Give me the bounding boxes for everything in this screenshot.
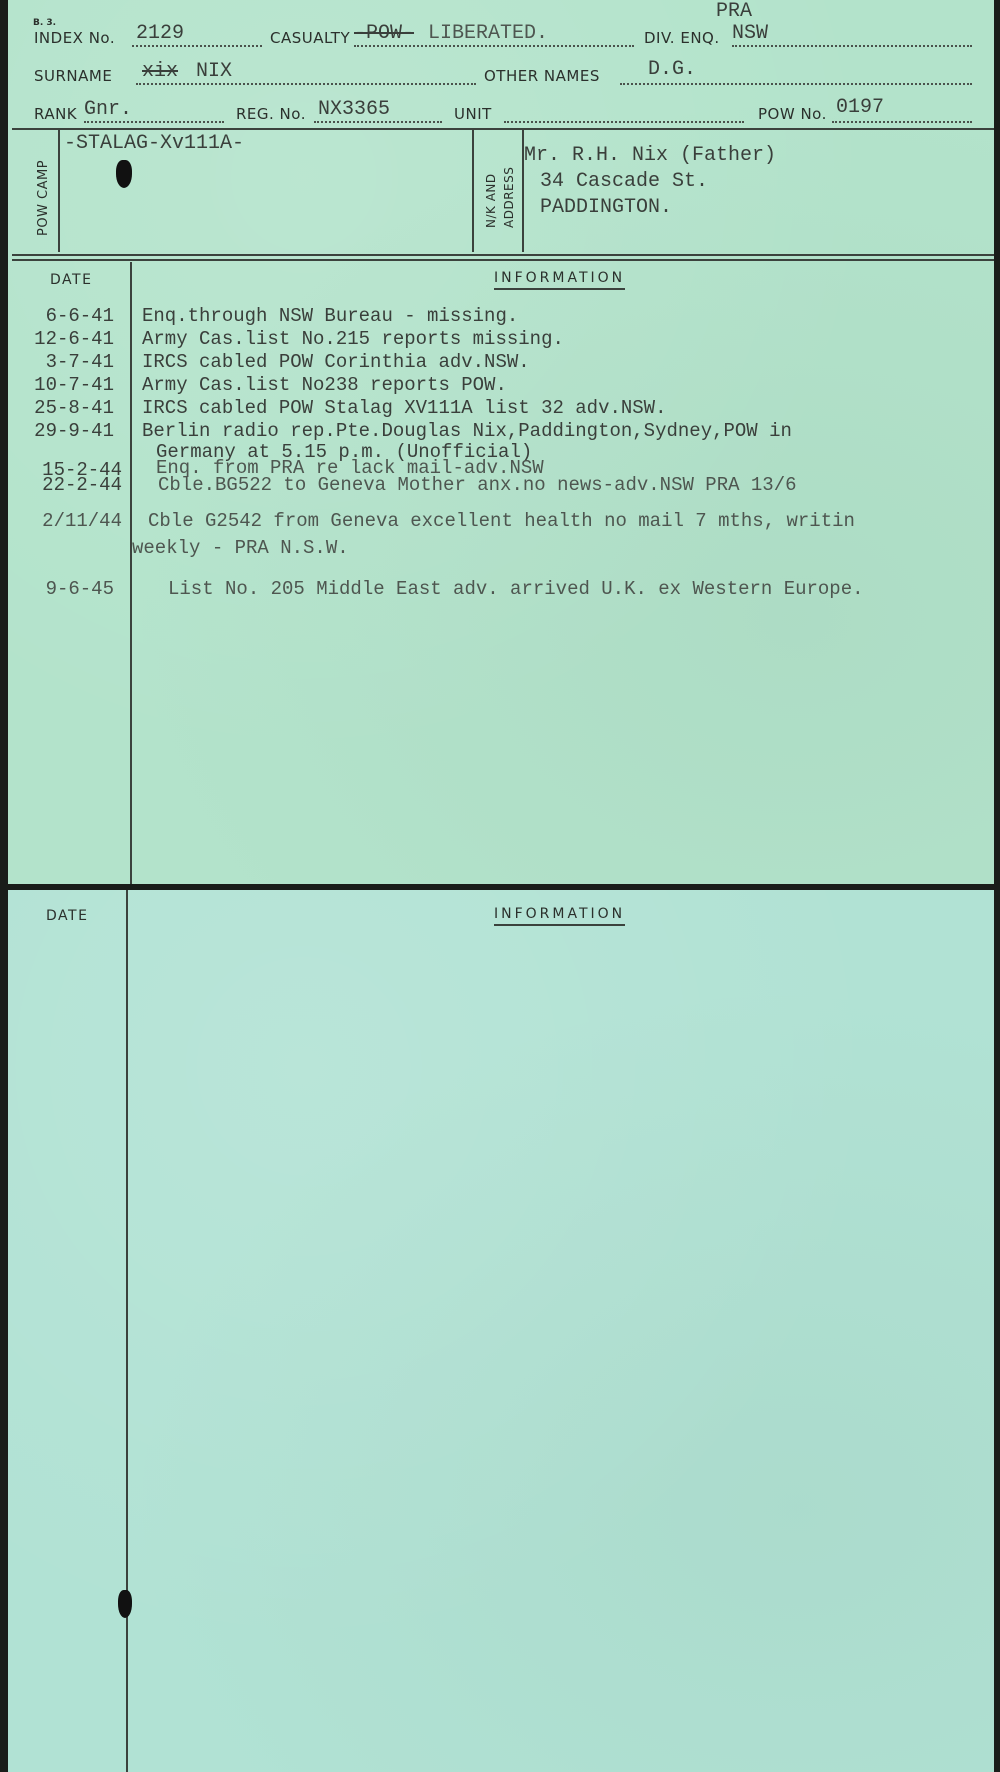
pow-camp-value: -STALAG-Xv111A- (64, 132, 244, 155)
pow-camp-label: POW CAMP (36, 160, 51, 236)
entry-date: 25-8-41 (8, 397, 114, 419)
entry-text: Enq.through NSW Bureau - missing. (142, 305, 518, 327)
index-card-back: DATE INFORMATION (8, 890, 994, 1772)
index-card-front: B. 3. INDEX No. 2129 CASUALTY -POW- LIBE… (8, 0, 994, 884)
rank-label: RANK (34, 105, 77, 123)
nok-label-line1: N/K AND (484, 173, 498, 228)
entry-date: 6-6-41 (8, 305, 114, 327)
other-names-dotted-line (620, 83, 972, 85)
reg-no-value: NX3365 (318, 98, 390, 121)
entry-date: 12-6-41 (8, 328, 114, 350)
entry-date: 29-9-41 (8, 420, 114, 442)
section-divider-double-2 (12, 259, 994, 261)
rank-dotted-line (84, 121, 224, 123)
surname-struck-value: xix (142, 60, 178, 83)
entry-text-continuation: weekly - PRA N.S.W. (132, 537, 349, 559)
casualty-label: CASUALTY (270, 29, 350, 47)
entry-text: List No. 205 Middle East adv. arrived U.… (168, 578, 864, 600)
card-edge (994, 0, 1000, 884)
unit-dotted-line (504, 121, 744, 123)
entry-text: Army Cas.list No.215 reports missing. (142, 328, 564, 350)
entry-date: 9-6-45 (8, 578, 114, 600)
casualty-struck-value: -POW- (354, 22, 414, 45)
reg-no-label: REG. No. (236, 105, 306, 123)
pow-camp-label-divider (58, 128, 60, 252)
casualty-dotted-line (354, 45, 634, 47)
entry-text: Army Cas.list No238 reports POW. (142, 374, 507, 396)
pow-no-value: 0197 (836, 96, 884, 119)
reg-no-dotted-line (314, 121, 442, 123)
entry-text: Cble.BG522 to Geneva Mother anx.no news-… (158, 474, 797, 496)
nok-line-2: 34 Cascade St. (540, 170, 708, 193)
entry-date: 22-2-44 (8, 474, 122, 496)
pow-camp-right-divider (472, 128, 474, 252)
entry-date: 3-7-41 (8, 351, 114, 373)
section-divider-double-1 (12, 254, 994, 256)
section-divider-top (12, 128, 994, 130)
div-enq-note: PRA (716, 0, 752, 23)
nok-line-1: Mr. R.H. Nix (Father) (524, 144, 776, 167)
pow-no-dotted-line (832, 121, 972, 123)
casualty-value: LIBERATED. (428, 22, 548, 45)
nok-label-line2: ADDRESS (502, 167, 516, 228)
div-enq-dotted-line (732, 45, 972, 47)
punch-hole-icon (118, 1590, 132, 1618)
card-edge (994, 890, 1000, 1772)
unit-label: UNIT (454, 105, 492, 123)
surname-value: NIX (196, 60, 232, 83)
form-code: B. 3. (33, 18, 56, 28)
entry-text: Cble G2542 from Geneva excellent health … (148, 510, 855, 532)
date-column-divider (130, 262, 132, 884)
back-date-column-divider (126, 890, 128, 1772)
back-information-header: INFORMATION (494, 906, 625, 926)
other-names-label: OTHER NAMES (484, 67, 600, 85)
entry-text: IRCS cabled POW Stalag XV111A list 32 ad… (142, 397, 667, 419)
entry-text: IRCS cabled POW Corinthia adv.NSW. (142, 351, 530, 373)
div-enq-label: DIV. ENQ. (644, 29, 720, 47)
information-header: INFORMATION (494, 270, 625, 290)
index-dotted-line (132, 45, 262, 47)
rank-value: Gnr. (84, 98, 132, 121)
back-date-header: DATE (46, 908, 88, 924)
pow-no-label: POW No. (758, 105, 827, 123)
nok-line-3: PADDINGTON. (540, 196, 672, 219)
div-enq-value: NSW (732, 22, 768, 45)
entry-date: 10-7-41 (8, 374, 114, 396)
date-header: DATE (50, 272, 92, 288)
index-label: INDEX No. (34, 29, 115, 47)
surname-dotted-line (136, 83, 476, 85)
entry-text: Berlin radio rep.Pte.Douglas Nix,Padding… (142, 420, 792, 442)
entry-date: 2/11/44 (8, 510, 122, 532)
other-names-value: D.G. (648, 58, 696, 81)
punch-hole-icon (116, 160, 132, 188)
surname-label: SURNAME (34, 67, 112, 85)
index-value: 2129 (136, 22, 184, 45)
